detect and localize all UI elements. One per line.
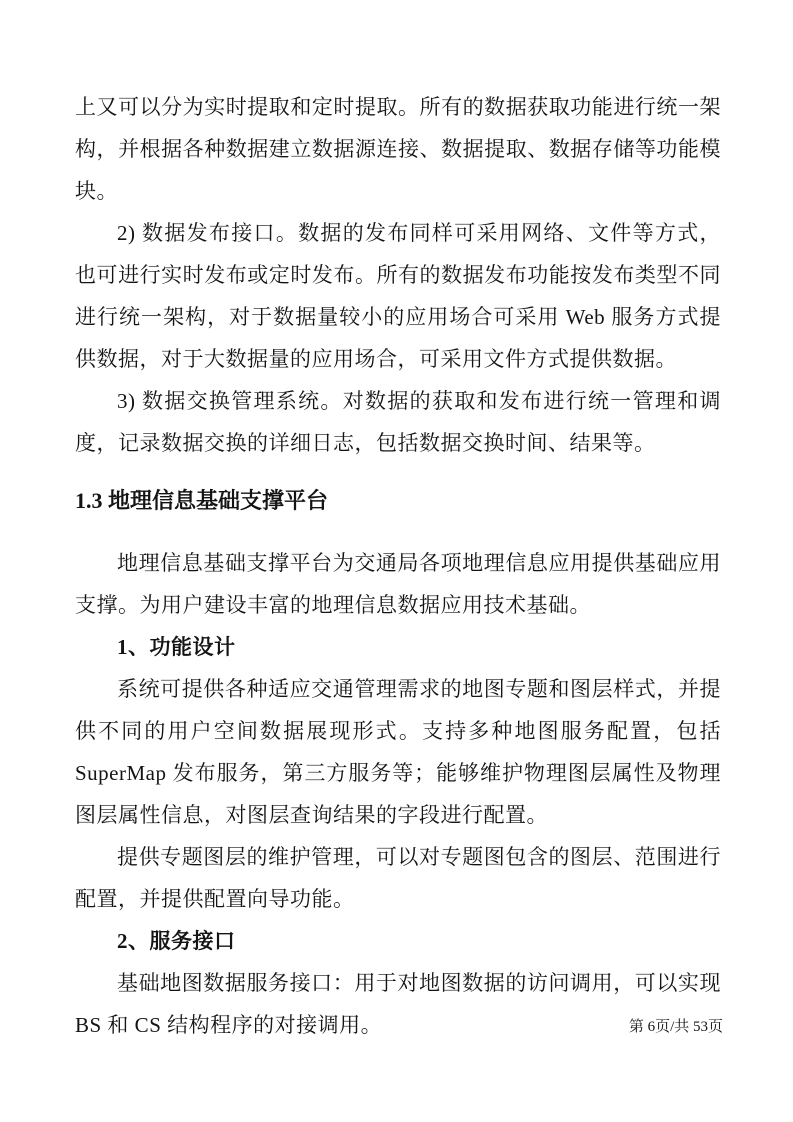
- document-body: 上又可以分为实时提取和定时提取。所有的数据获取功能进行统一架构，并根据各种数据建…: [75, 86, 721, 1046]
- document-page: 上又可以分为实时提取和定时提取。所有的数据获取功能进行统一架构，并根据各种数据建…: [0, 0, 793, 1122]
- body-paragraph-basemap-service-interface: 基础地图数据服务接口：用于对地图数据的访问调用，可以实现 BS 和 CS 结构程…: [75, 962, 721, 1046]
- subheading-function-design: 1、功能设计: [75, 626, 721, 668]
- body-paragraph-data-publish-interface: 2) 数据发布接口。数据的发布同样可采用网络、文件等方式，也可进行实时发布或定时…: [75, 212, 721, 380]
- page-footer-number: 第 6页/共 53页: [629, 1016, 723, 1038]
- body-paragraph-continuation: 上又可以分为实时提取和定时提取。所有的数据获取功能进行统一架构，并根据各种数据建…: [75, 86, 721, 212]
- body-paragraph-data-exchange-management: 3) 数据交换管理系统。对数据的获取和发布进行统一管理和调度，记录数据交换的详细…: [75, 380, 721, 464]
- section-heading-1-3: 1.3 地理信息基础支撑平台: [75, 480, 721, 522]
- subheading-service-interface: 2、服务接口: [75, 920, 721, 962]
- body-paragraph-map-themes: 系统可提供各种适应交通管理需求的地图专题和图层样式，并提供不同的用户空间数据展现…: [75, 668, 721, 836]
- body-paragraph-gis-platform-intro: 地理信息基础支撑平台为交通局各项地理信息应用提供基础应用支撑。为用户建设丰富的地…: [75, 542, 721, 626]
- body-paragraph-theme-layer-maintenance: 提供专题图层的维护管理，可以对专题图包含的图层、范围进行配置，并提供配置向导功能…: [75, 836, 721, 920]
